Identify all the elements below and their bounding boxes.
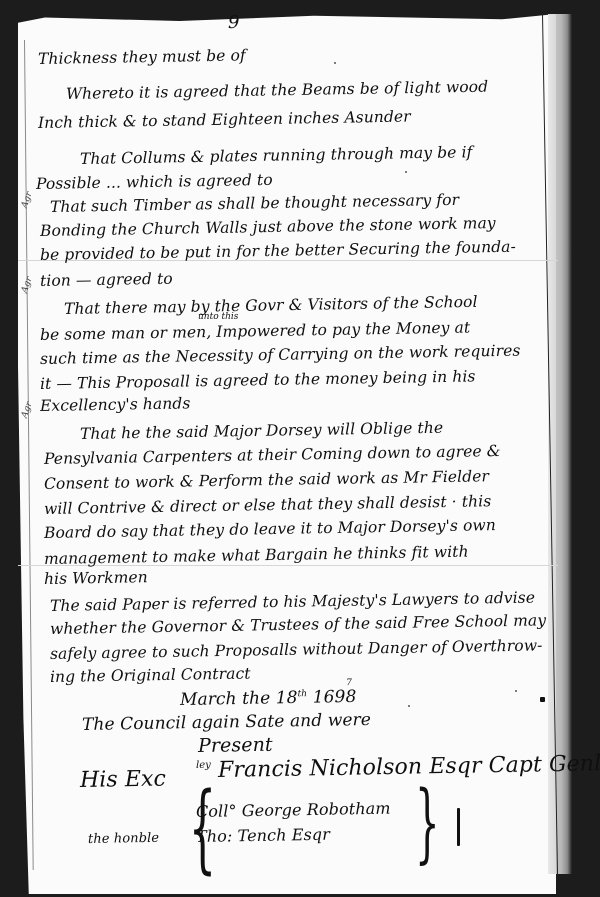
date-suffix: th — [297, 689, 307, 699]
text-line: ing the Original Contract — [50, 665, 251, 686]
year-lower-digit: 8 — [345, 687, 356, 707]
text-line: Thickness they must be of — [38, 46, 246, 68]
ink-stroke — [457, 808, 460, 846]
present-label: Present — [198, 734, 273, 757]
ink-speck — [515, 690, 517, 692]
ink-speck — [334, 62, 336, 64]
text-line: his Workmen — [44, 568, 148, 588]
page-edge — [548, 14, 572, 874]
text-line: tion — agreed to — [40, 270, 173, 290]
his-excellency-label: His Exc — [80, 767, 166, 793]
text-line: Excellency's hands — [40, 394, 191, 415]
member-name: Coll° George Robotham — [196, 799, 391, 821]
ink-speck — [408, 705, 410, 707]
ink-speck — [405, 171, 407, 173]
member-name: Tho: Tench Esqr — [196, 825, 330, 846]
his-excellency-superscript: ley — [196, 760, 211, 771]
date-text: March the 18 — [180, 688, 298, 710]
page-number: 9 — [228, 12, 239, 33]
right-brace: } — [415, 780, 440, 866]
ink-blot — [540, 697, 545, 702]
interlineation: unto this — [198, 312, 238, 322]
date-year: 169 — [313, 687, 346, 708]
honble-label: the honble — [88, 831, 159, 847]
year-upper-digit: 7 — [346, 678, 352, 688]
date-heading: March the 18th 16987 — [180, 687, 357, 710]
